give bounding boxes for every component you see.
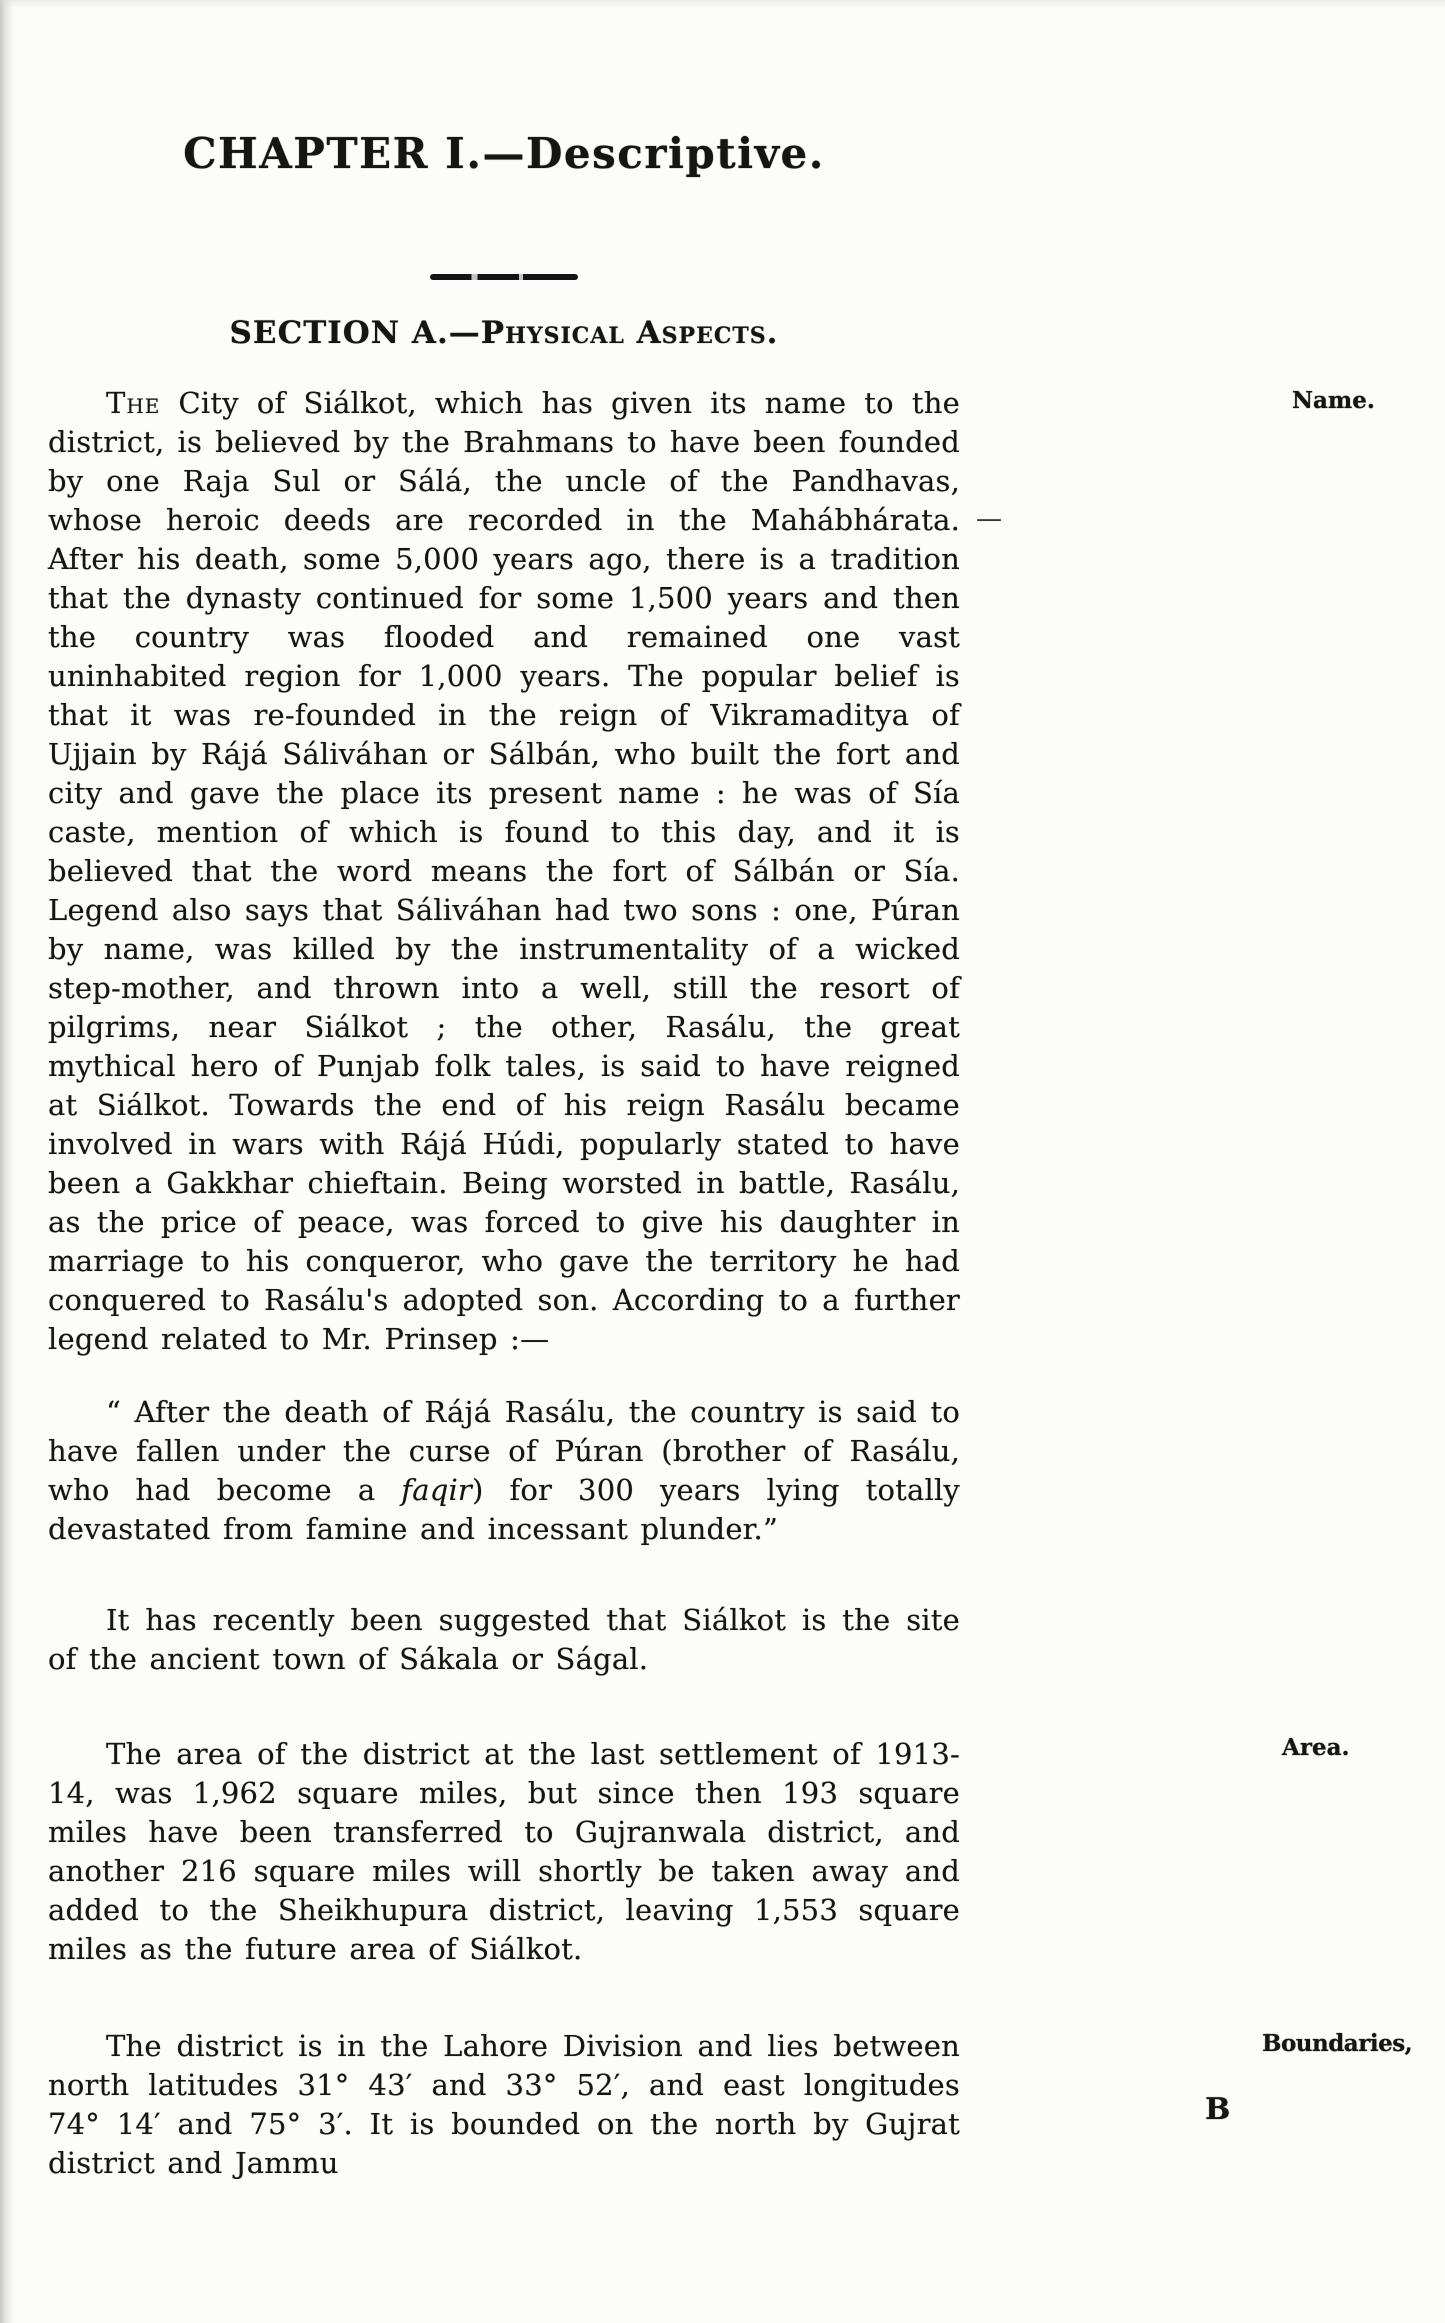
section-heading: SECTION A.—Physical Aspects. [48,312,960,354]
stray-ink-mark: — [976,500,1002,539]
chapter-title: CHAPTER I.—Descriptive. [48,128,960,180]
scan-edge-shadow-left [0,0,14,2323]
paragraph-prinsep-quote: “ After the death of Rájá Rasálu, the co… [48,1393,960,1549]
text-column: CHAPTER I.—Descriptive. SECTION A.—Physi… [48,128,960,2183]
paragraph-text: The area of the district at the last set… [48,1737,960,1966]
quote-italic-word: faqir [401,1473,472,1507]
paragraph-area: The area of the district at the last set… [48,1735,960,1969]
paragraph-lead-word: The [106,386,160,420]
paragraph-boundaries: The district is in the Lahore Division a… [48,2027,960,2183]
section-heading-prefix: SECTION A.— [230,315,481,351]
paragraph-sakala: It has recently been suggested that Siál… [48,1601,960,1679]
scanned-book-page: CHAPTER I.—Descriptive. SECTION A.—Physi… [0,0,1445,2323]
title-divider-rule [430,274,578,280]
paragraph-text: City of Siálkot, which has given its nam… [48,386,960,1356]
paragraph-text: The district is in the Lahore Division a… [48,2029,960,2180]
margin-note-boundaries: Boundaries, [1262,2031,1432,2057]
signature-mark: B [1205,2092,1230,2127]
margin-note-area: Area. [1282,1735,1445,1761]
scan-edge-shadow-top [0,0,1445,8]
margin-note-name: Name. [1292,388,1445,414]
section-heading-title: Physical Aspects. [481,315,779,351]
paragraph-origin-legend: The City of Siálkot, which has given its… [48,384,960,1359]
